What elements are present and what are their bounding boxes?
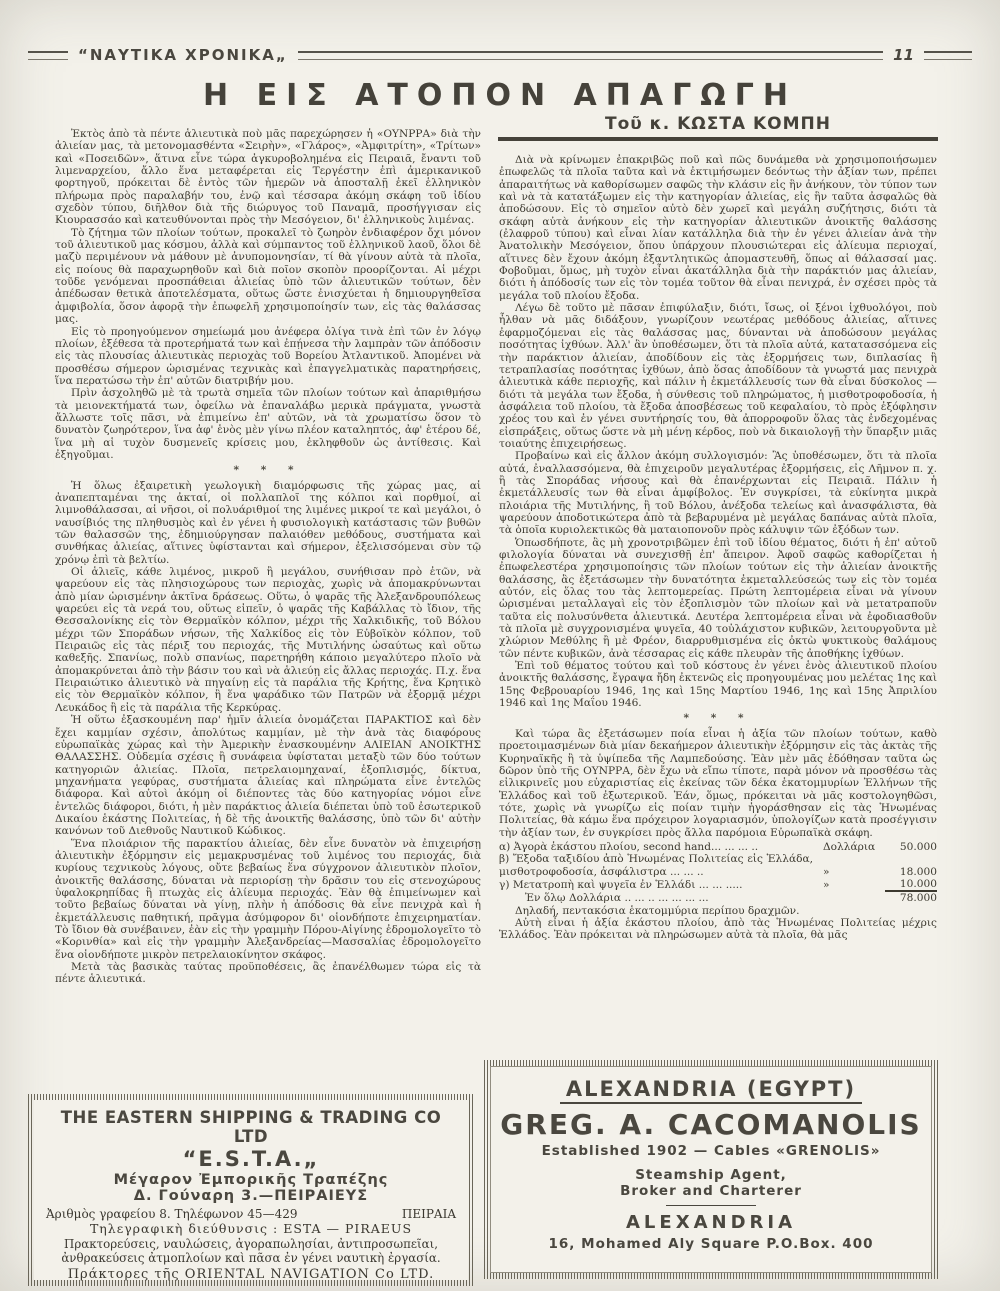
ad-caco-city: ALEXANDRIA [499,1212,923,1233]
article-paragraph: Ἐκτὸς ἀπὸ τὰ πέντε ἁλιευτικὰ ποὺ μᾶς παρ… [55,128,481,227]
ad-esta-content: THE EASTERN SHIPPING & TRADING CO LTD “E… [34,1100,468,1280]
article-paragraph: Αὐτὴ εἶναι ἡ ἀξία ἑκάστου πλοίου, ἀπὸ τὰ… [499,917,937,942]
cost-list: α) Ἀγορὰ ἑκάστου πλοίου, second hand... … [499,841,937,905]
ad-esta: THE EASTERN SHIPPING & TRADING CO LTD “E… [28,1094,474,1286]
cost-amount: 10.000 [885,878,937,891]
ad-esta-services: Πρακτορεύσεις, ναυλώσεις, ἀγοραπωλησίαι,… [42,1238,460,1265]
header-rule-left [28,51,68,60]
ad-esta-cable: Τηλεγραφικὴ διεύθυνσις : ESTA — PIRAEUS [42,1221,460,1236]
ad-caco-role1: Steamship Agent, [499,1167,923,1183]
page-number: 11 [893,46,914,64]
cost-label: γ) Μετατροπὴ καὶ ψυγεῖα ἐν Ἑλλάδι ... ..… [499,879,813,891]
cost-label: β) Ἔξοδα ταξιδίου ἀπὸ Ἡνωμένας Πολιτείας… [499,853,813,878]
cost-row: α) Ἀγορὰ ἑκάστου πλοίου, second hand... … [499,841,937,853]
cost-amount: 50.000 [885,841,937,853]
article-paragraph: Εἰς τὸ προηγούμενον σημείωμά μου ἀνέφερα… [55,326,481,388]
article-paragraph: Ἕνα πλοιάριον τῆς παρακτίου ἁλιείας, δὲν… [55,838,481,961]
cost-row: β) Ἔξοδα ταξιδίου ἀπὸ Ἡνωμένας Πολιτείας… [499,853,937,878]
ad-cacomanolis: ALEXANDRIA (EGYPT) GREG. A. CACOMANOLIS … [484,1060,938,1279]
article-paragraph: Καὶ τώρα ἂς ἐξετάσωμεν ποία εἶναι ἡ ἀξία… [499,728,937,839]
ad-esta-city: ΠΕΙΡΑΙΑ [402,1207,456,1221]
ad-esta-building: Μέγαρον Ἐμπορικῆς Τραπέζης [42,1172,460,1188]
ad-esta-agents: Πράκτορες τῆς ORIENTAL NAVIGATION Co LTD… [42,1267,460,1282]
article-title: Η ΕΙΣ ΑΤΟΠΟΝ ΑΠΑΓΩΓΗ [0,78,1000,113]
article-paragraph: Ὁπωσδήποτε, ἂς μὴ χρονοτριβῶμεν ἐπὶ τοῦ … [499,537,937,660]
ad-cacomanolis-content: ALEXANDRIA (EGYPT) GREG. A. CACOMANOLIS … [490,1066,932,1273]
cost-amount: 18.000 [885,866,937,878]
section-separator: * * * [499,712,937,724]
article-paragraph: Λέγω δὲ τοῦτο μὲ πᾶσαν ἐπιφύλαξιν, διότι… [499,302,937,450]
ad-caco-established: Established 1902 — Cables «GRENOLIS» [499,1143,923,1159]
cost-total-label: Ἐν ὅλῳ Δολλάρια .. ... .. ... ... ... ..… [499,892,813,904]
article-paragraph: Δηλαδή, πεντακόσια ἑκατομμύρια περίπου δ… [499,905,937,917]
article-paragraph: Οἱ ἁλιεῖς, κάθε λιμένος, μικροῦ ἢ μεγάλο… [55,566,481,714]
article-paragraph: Προβαίνω καὶ εἰς ἄλλον ἀκόμη συλλογισμόν… [499,450,937,536]
article-column-left: Ἐκτὸς ἀπὸ τὰ πέντε ἁλιευτικὰ ποὺ μᾶς παρ… [55,128,481,1090]
ad-esta-office-phone: Ἀριθμὸς γραφείου 8. Τηλέφωνον 45—429 [46,1207,297,1221]
ad-caco-address: 16, Mohamed Aly Square P.O.Box. 400 [499,1236,923,1252]
article-paragraph: Διὰ νὰ κρίνωμεν ἐπακριβῶς ποῦ καὶ πῶς δυ… [499,154,937,302]
cost-total-row: Ἐν ὅλῳ Δολλάρια .. ... .. ... ... ... ..… [499,891,937,904]
article-paragraph: Πρὶν ἀσχοληθῶ μὲ τὰ τρωτὰ σημεῖα τῶν πλο… [55,387,481,461]
header-rule-right [924,51,972,60]
ad-caco-role2: Broker and Charterer [499,1183,923,1199]
article-paragraph: Ἡ οὕτω ἐξασκουμένη παρ' ἡμῖν ἁλιεία ὀνομ… [55,714,481,837]
cost-currency: » [813,879,885,891]
ad-caco-name: GREG. A. CACOMANOLIS [499,1108,923,1141]
ad-esta-abbrev: “E.S.T.A.„ [42,1147,460,1171]
ad-esta-office-row: Ἀριθμὸς γραφείου 8. Τηλέφωνον 45—429 ΠΕΙ… [42,1207,460,1221]
ad-caco-divider [666,1205,756,1206]
article-column-right: Διὰ νὰ κρίνωμεν ἐπακριβῶς ποῦ καὶ πῶς δυ… [499,154,937,1058]
magazine-page: “ΝΑΥΤΙΚΑ ΧΡΟΝΙΚΑ„ 11 Η ΕΙΣ ΑΤΟΠΟΝ ΑΠΑΓΩΓ… [0,0,1000,1291]
cost-total-amount: 78.000 [885,891,937,904]
ad-esta-company: THE EASTERN SHIPPING & TRADING CO LTD [42,1108,460,1146]
article-paragraph: Τὸ ζήτημα τῶν πλοίων τούτων, προκαλεῖ τὸ… [55,227,481,326]
cost-label: α) Ἀγορὰ ἑκάστου πλοίου, second hand... … [499,841,813,853]
article-paragraph: Ἡ ὅλως ἐξαιρετικὴ γεωλογικὴ διαμόρφωσις … [55,480,481,566]
ad-caco-location-header: ALEXANDRIA (EGYPT) [560,1077,862,1104]
page-header: “ΝΑΥΤΙΚΑ ΧΡΟΝΙΚΑ„ 11 [28,46,972,64]
cost-currency: Δολλάρια [813,841,885,853]
section-separator: * * * [55,464,481,476]
ad-esta-address: Δ. Γούναρη 3.—ΠΕΙΡΑΙΕΥΣ [42,1188,460,1204]
article-byline: Τοῦ κ. ΚΩΣΤΑ ΚΟΜΠΗ [498,114,938,141]
header-rule-middle [298,51,883,60]
cost-currency: » [813,866,885,878]
masthead: “ΝΑΥΤΙΚΑ ΧΡΟΝΙΚΑ„ [78,46,288,64]
article-paragraph: Μετὰ τὰς βασικὰς ταύτας προϋποθέσεις, ἂς… [55,961,481,986]
article-paragraph: Ἐπὶ τοῦ θέματος τούτου καὶ τοῦ κόστους ἐ… [499,660,937,709]
cost-row: γ) Μετατροπὴ καὶ ψυγεῖα ἐν Ἑλλάδι ... ..… [499,878,937,891]
